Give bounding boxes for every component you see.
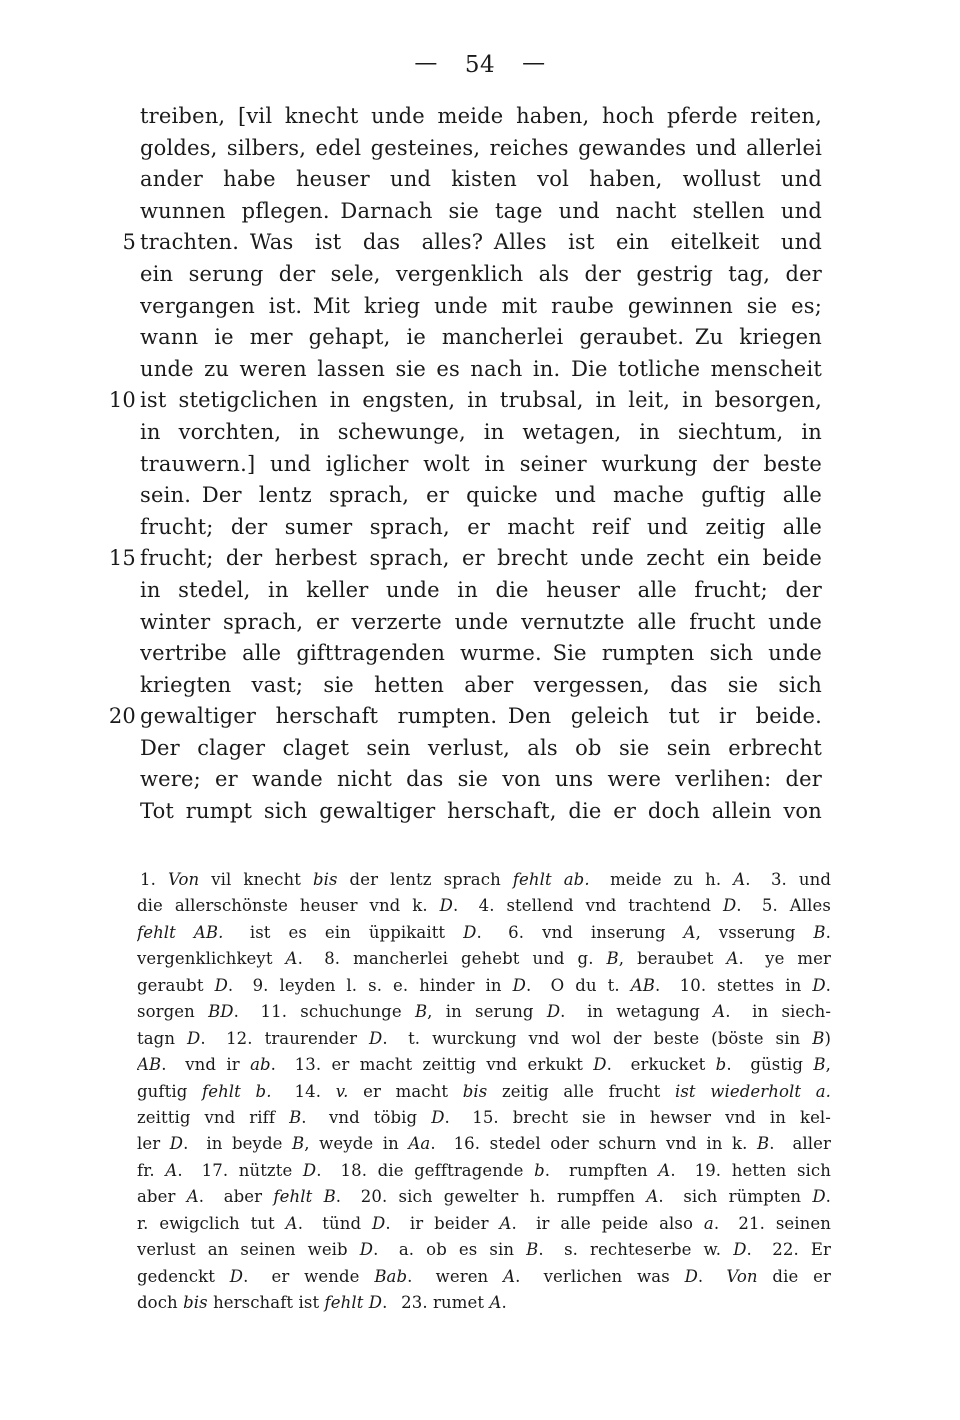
footnote-italic-segment: bis xyxy=(183,1293,208,1312)
footnote-italic-segment: B xyxy=(813,1055,825,1074)
text-line: goldes, silbers, edel gesteines, reiches… xyxy=(140,133,822,165)
text-line: winter sprach, er verzerte unde vernutzt… xyxy=(140,607,822,639)
footnote-segment: guftig xyxy=(137,1082,202,1101)
text-line: frucht; der sumer sprach, er macht reif … xyxy=(140,512,822,544)
footnote-italic-segment: B xyxy=(415,1002,427,1021)
footnote-italic-segment: B xyxy=(812,1029,824,1048)
text-line: kriegten vast; sie hetten aber vergessen… xyxy=(140,670,822,702)
footnote-italic-segment: A xyxy=(733,870,745,889)
footnote-italic-segment: ist wiederholt a. xyxy=(675,1082,831,1101)
footnote-segment: , weyde in xyxy=(304,1134,408,1153)
footnote-italic-segment: A xyxy=(489,1293,501,1312)
footnote-italic-segment: fehlt B xyxy=(273,1187,335,1206)
footnote-italic-segment: A xyxy=(503,1267,515,1286)
footnote-segment: die er xyxy=(758,1267,831,1286)
footnote-segment: . 9. leyden l. s. e. hinder in xyxy=(228,976,513,995)
footnote-italic-segment: ab xyxy=(250,1055,271,1074)
footnote-segment: . xyxy=(698,1267,726,1286)
text-line: ein serung der sele, vergenklich als der… xyxy=(140,259,822,291)
footnote-italic-segment: A xyxy=(286,1214,298,1233)
footnote-italic-segment: fehlt AB. xyxy=(137,923,223,942)
footnote-segment: . O du t. xyxy=(526,976,631,995)
line-text: winter sprach, er verzerte unde vernutzt… xyxy=(140,607,822,639)
footnote-italic-segment: fehlt D xyxy=(325,1293,383,1312)
footnote-italic-segment: bis xyxy=(463,1082,488,1101)
footnote-segment: . in siech- xyxy=(725,1002,831,1021)
line-text: treiben, [vil knecht unde meide haben, h… xyxy=(140,101,822,133)
footnote-segment: . aller xyxy=(769,1134,831,1153)
header-dash-left: — xyxy=(414,48,438,78)
footnote-segment: vergenklichkeyt xyxy=(137,949,286,968)
footnote-line: ler D. in beyde B, weyde in Aa. 16. sted… xyxy=(137,1131,831,1157)
footnote-italic-segment: D xyxy=(360,1240,373,1259)
footnote-segment: . 6. vnd inserung xyxy=(477,923,684,942)
line-text: kriegten vast; sie hetten aber vergessen… xyxy=(140,670,822,702)
line-text: trachten. Was ist das alles? Alles ist e… xyxy=(140,227,822,259)
footnote-italic-segment: A xyxy=(713,1002,725,1021)
footnote-italic-segment: D xyxy=(170,1134,183,1153)
footnote-segment: meide zu h. xyxy=(590,870,734,889)
footnote-segment: . 18. die gefftragende xyxy=(316,1161,534,1180)
footnote-line: doch bis herschaft ist fehlt D. 23. rume… xyxy=(137,1290,831,1316)
footnote-segment: . 17. nützte xyxy=(177,1161,303,1180)
text-line: wann ie mer gehapt, ie mancherlei geraub… xyxy=(140,322,822,354)
footnote-segment: . xyxy=(826,923,831,942)
text-line: 15frucht; der herbest sprach, er brecht … xyxy=(140,543,822,575)
footnotes-block: 1. Von vil knecht bis der lentz sprach f… xyxy=(137,867,831,1316)
footnote-line: sorgen BD. 11. schuchunge B, in serung D… xyxy=(137,999,831,1025)
footnote-segment: . 3. und xyxy=(745,870,831,889)
footnote-segment: . verlichen was xyxy=(515,1267,684,1286)
footnote-line: die allerschönste heuser vnd k. D. 4. st… xyxy=(137,893,831,919)
footnote-line: zeittig vnd riff B. vnd töbig D. 15. bre… xyxy=(137,1105,831,1131)
text-line: wunnen pflegen. Darnach sie tage und nac… xyxy=(140,196,822,228)
text-line: vergangen ist. Mit krieg unde mit raube … xyxy=(140,291,822,323)
footnote-segment: . tünd xyxy=(298,1214,372,1233)
footnote-segment: zeitig alle frucht xyxy=(487,1082,675,1101)
footnote-segment: . ir alle peide also xyxy=(512,1214,704,1233)
footnote-italic-segment: A xyxy=(165,1161,177,1180)
line-text: vertribe alle gifttragenden wurme. Sie r… xyxy=(140,638,822,670)
footnote-line: AB. vnd ir ab. 13. er macht zeittig vnd … xyxy=(137,1052,831,1078)
footnote-italic-segment: Bab xyxy=(374,1267,407,1286)
header-dash-right: — xyxy=(522,48,546,78)
line-text: goldes, silbers, edel gesteines, reiches… xyxy=(140,133,822,165)
footnote-segment: . 13. er macht zeittig vnd erkukt xyxy=(271,1055,594,1074)
text-line: ander habe heuser und kisten vol haben, … xyxy=(140,164,822,196)
footnote-line: verlust an seinen weib D. a. ob es sin B… xyxy=(137,1237,831,1263)
line-text: were; er wande nicht das sie von uns wer… xyxy=(140,764,822,796)
footnote-segment: , vsserung xyxy=(696,923,814,942)
footnote-segment: , in serung xyxy=(427,1002,547,1021)
footnote-italic-segment: Von xyxy=(726,1267,757,1286)
footnote-italic-segment: A xyxy=(684,923,696,942)
footnote-segment: . xyxy=(826,976,831,995)
line-number: 15 xyxy=(109,543,136,575)
text-line: 20gewaltiger herschaft rumpten. Den gele… xyxy=(140,701,822,733)
text-line: sein. Der lentz sprach, er quicke und ma… xyxy=(140,480,822,512)
footnote-segment: . 12. traurender xyxy=(200,1029,369,1048)
footnote-segment: . 23. rumet xyxy=(382,1293,489,1312)
footnote-segment: . ye mer xyxy=(739,949,832,968)
footnote-italic-segment: v. xyxy=(336,1082,349,1101)
footnote-line: tagn D. 12. traurender D. t. wurckung vn… xyxy=(137,1026,831,1052)
text-line: unde zu weren lassen sie es nach in. Die… xyxy=(140,354,822,386)
footnote-italic-segment: A xyxy=(658,1161,670,1180)
footnote-segment: . 16. stedel oder schurn vnd in k. xyxy=(430,1134,757,1153)
footnote-italic-segment: A xyxy=(187,1187,199,1206)
footnote-italic-segment: D xyxy=(303,1161,316,1180)
footnote-italic-segment: A xyxy=(286,949,298,968)
footnote-italic-segment: D xyxy=(812,976,825,995)
footnote-line: fehlt AB. ist es ein üppikaitt D. 6. vnd… xyxy=(137,920,831,946)
main-text-block: treiben, [vil knecht unde meide haben, h… xyxy=(140,101,822,828)
footnote-segment: , beraubet xyxy=(619,949,727,968)
footnote-segment: . in wetagung xyxy=(560,1002,713,1021)
footnote-italic-segment: D xyxy=(230,1267,243,1286)
footnote-segment: . a. ob es sin xyxy=(373,1240,526,1259)
footnote-segment: r. ewigclich tut xyxy=(137,1214,286,1233)
footnote-italic-segment: D xyxy=(372,1214,385,1233)
footnote-segment: . weren xyxy=(407,1267,503,1286)
footnote-segment: sorgen xyxy=(137,1002,208,1021)
footnote-segment: der lentz sprach xyxy=(338,870,513,889)
footnote-italic-segment: A xyxy=(726,949,738,968)
footnote-segment: . 8. mancherlei gehebt und g. xyxy=(298,949,607,968)
line-number: 10 xyxy=(109,385,136,417)
line-text: vergangen ist. Mit krieg unde mit raube … xyxy=(140,291,822,323)
footnote-segment: . 4. stellend vnd trachtend xyxy=(453,896,723,915)
footnote-italic-segment: BD xyxy=(208,1002,234,1021)
footnote-segment: . 15. brecht sie in hewser vnd in kel- xyxy=(445,1108,831,1127)
footnote-segment: tagn xyxy=(137,1029,187,1048)
footnote-italic-segment: D xyxy=(440,896,453,915)
line-text: Tot rumpt sich gewaltiger herschaft, die… xyxy=(140,796,822,828)
footnote-italic-segment: D xyxy=(215,976,228,995)
text-line: 10ist stetigclichen in engsten, in trubs… xyxy=(140,385,822,417)
footnote-italic-segment: A xyxy=(499,1214,511,1233)
footnote-segment: . s. rechteserbe w. xyxy=(538,1240,733,1259)
footnote-italic-segment: b xyxy=(716,1055,727,1074)
footnote-segment: gedenckt xyxy=(137,1267,230,1286)
footnote-italic-segment: D xyxy=(593,1055,606,1074)
line-number: 20 xyxy=(109,701,136,733)
line-text: frucht; der herbest sprach, er brecht un… xyxy=(140,543,822,575)
line-text: gewaltiger herschaft rumpten. Den geleic… xyxy=(140,701,822,733)
line-text: ander habe heuser und kisten vol haben, … xyxy=(140,164,822,196)
footnote-segment: . xyxy=(826,1187,831,1206)
line-text: wann ie mer gehapt, ie mancherlei geraub… xyxy=(140,322,822,354)
page-header: —54— xyxy=(0,50,960,80)
text-line: Der clager claget sein verlust, als ob s… xyxy=(140,733,822,765)
footnote-segment: . güstig xyxy=(726,1055,813,1074)
line-text: frucht; der sumer sprach, er macht reif … xyxy=(140,512,822,544)
line-text: ein serung der sele, vergenklich als der… xyxy=(140,259,822,291)
footnote-italic-segment: D xyxy=(547,1002,560,1021)
footnote-italic-segment: Aa xyxy=(408,1134,430,1153)
line-text: ist stetigclichen in engsten, in trubsal… xyxy=(140,385,822,417)
footnote-italic-segment: D xyxy=(369,1029,382,1048)
line-text: in stedel, in keller unde in die heuser … xyxy=(140,575,822,607)
footnote-segment: . sich rümpten xyxy=(658,1187,812,1206)
footnote-segment: . 21. seinen xyxy=(714,1214,831,1233)
footnote-italic-segment: fehlt ab. xyxy=(513,870,590,889)
text-line: treiben, [vil knecht unde meide haben, h… xyxy=(140,101,822,133)
footnote-segment: . 20. sich gewelter h. rumpffen xyxy=(336,1187,647,1206)
footnote-line: r. ewigclich tut A. tünd D. ir beider A.… xyxy=(137,1211,831,1237)
footnote-line: fr. A. 17. nützte D. 18. die gefftragend… xyxy=(137,1158,831,1184)
footnote-segment: aber xyxy=(137,1187,187,1206)
footnote-italic-segment: D xyxy=(431,1108,444,1127)
page-number: 54 xyxy=(465,50,495,80)
footnote-segment: er macht xyxy=(349,1082,463,1101)
footnote-segment: . 10. stettes in xyxy=(655,976,812,995)
footnote-line: geraubt D. 9. leyden l. s. e. hinder in … xyxy=(137,973,831,999)
footnote-line: aber A. aber fehlt B. 20. sich gewelter … xyxy=(137,1184,831,1210)
footnote-segment: doch xyxy=(137,1293,183,1312)
footnote-segment: . xyxy=(501,1293,506,1312)
footnote-segment: die allerschönste heuser vnd k. xyxy=(137,896,440,915)
footnote-italic-segment: D xyxy=(812,1187,825,1206)
footnote-italic-segment: B xyxy=(526,1240,538,1259)
footnote-segment: . in beyde xyxy=(183,1134,292,1153)
footnote-italic-segment: bis xyxy=(313,870,338,889)
footnote-italic-segment: A xyxy=(646,1187,658,1206)
footnote-italic-segment: D xyxy=(733,1240,746,1259)
line-text: in vorchten, in schewunge, in wetagen, i… xyxy=(140,417,822,449)
footnote-italic-segment: B xyxy=(289,1108,301,1127)
footnote-segment: . rumpften xyxy=(545,1161,659,1180)
line-number: 5 xyxy=(122,227,136,259)
footnote-italic-segment: AB xyxy=(631,976,655,995)
footnote-italic-segment: B xyxy=(607,949,619,968)
footnote-segment: ler xyxy=(137,1134,170,1153)
footnote-italic-segment: Von xyxy=(168,870,199,889)
footnote-segment: zeittig vnd riff xyxy=(137,1108,289,1127)
footnote-italic-segment: B xyxy=(292,1134,304,1153)
text-line: vertribe alle gifttragenden wurme. Sie r… xyxy=(140,638,822,670)
line-text: trauwern.] und iglicher wolt in seiner w… xyxy=(140,449,822,481)
footnote-segment: . vnd ir xyxy=(161,1055,250,1074)
footnote-segment: 1. xyxy=(140,870,168,889)
footnote-segment: ) xyxy=(824,1029,831,1048)
footnote-line: 1. Von vil knecht bis der lentz sprach f… xyxy=(137,867,831,893)
footnote-segment: geraubt xyxy=(137,976,215,995)
footnote-italic-segment: B xyxy=(757,1134,769,1153)
footnote-segment: . aber xyxy=(199,1187,274,1206)
footnote-segment: fr. xyxy=(137,1161,165,1180)
footnote-segment: herschaft ist xyxy=(208,1293,325,1312)
text-line: trauwern.] und iglicher wolt in seiner w… xyxy=(140,449,822,481)
footnote-segment: , xyxy=(826,1055,831,1074)
footnote-line: vergenklichkeyt A. 8. mancherlei gehebt … xyxy=(137,946,831,972)
footnote-italic-segment: D xyxy=(463,923,476,942)
book-page: —54— treiben, [vil knecht unde meide hab… xyxy=(0,0,960,1420)
text-line: in stedel, in keller unde in die heuser … xyxy=(140,575,822,607)
footnote-segment: 14. xyxy=(272,1082,336,1101)
footnote-italic-segment: b xyxy=(534,1161,545,1180)
footnote-italic-segment: AB xyxy=(137,1055,161,1074)
line-text: wunnen pflegen. Darnach sie tage und nac… xyxy=(140,196,822,228)
footnote-segment: . ir beider xyxy=(385,1214,499,1233)
footnote-segment: . t. wurckung vnd wol der beste (böste s… xyxy=(382,1029,812,1048)
footnote-segment: . 11. schuchunge xyxy=(234,1002,415,1021)
footnote-segment: . 19. hetten sich xyxy=(670,1161,831,1180)
footnote-line: guftig fehlt b. 14. v. er macht bis zeit… xyxy=(137,1079,831,1105)
footnote-italic-segment: D xyxy=(513,976,526,995)
footnote-segment: . 22. Er xyxy=(747,1240,831,1259)
footnote-italic-segment: D xyxy=(723,896,736,915)
text-line: in vorchten, in schewunge, in wetagen, i… xyxy=(140,417,822,449)
footnote-segment: . erkucket xyxy=(607,1055,716,1074)
footnote-segment: . er wende xyxy=(243,1267,374,1286)
line-text: Der clager claget sein verlust, als ob s… xyxy=(140,733,822,765)
footnote-italic-segment: fehlt b. xyxy=(202,1082,272,1101)
line-text: unde zu weren lassen sie es nach in. Die… xyxy=(140,354,822,386)
footnote-segment: ist es ein üppikaitt xyxy=(223,923,463,942)
text-line: 5trachten. Was ist das alles? Alles ist … xyxy=(140,227,822,259)
footnote-line: gedenckt D. er wende Bab. weren A. verli… xyxy=(137,1264,831,1290)
line-text: sein. Der lentz sprach, er quicke und ma… xyxy=(140,480,822,512)
footnote-italic-segment: D xyxy=(685,1267,698,1286)
footnote-italic-segment: a xyxy=(704,1214,714,1233)
text-line: Tot rumpt sich gewaltiger herschaft, die… xyxy=(140,796,822,828)
footnote-segment: . 5. Alles xyxy=(736,896,831,915)
footnote-italic-segment: D xyxy=(187,1029,200,1048)
footnote-segment: vil knecht xyxy=(199,870,313,889)
footnote-segment: . vnd töbig xyxy=(301,1108,431,1127)
footnote-segment: verlust an seinen weib xyxy=(137,1240,360,1259)
text-line: were; er wande nicht das sie von uns wer… xyxy=(140,764,822,796)
footnote-italic-segment: B xyxy=(813,923,825,942)
